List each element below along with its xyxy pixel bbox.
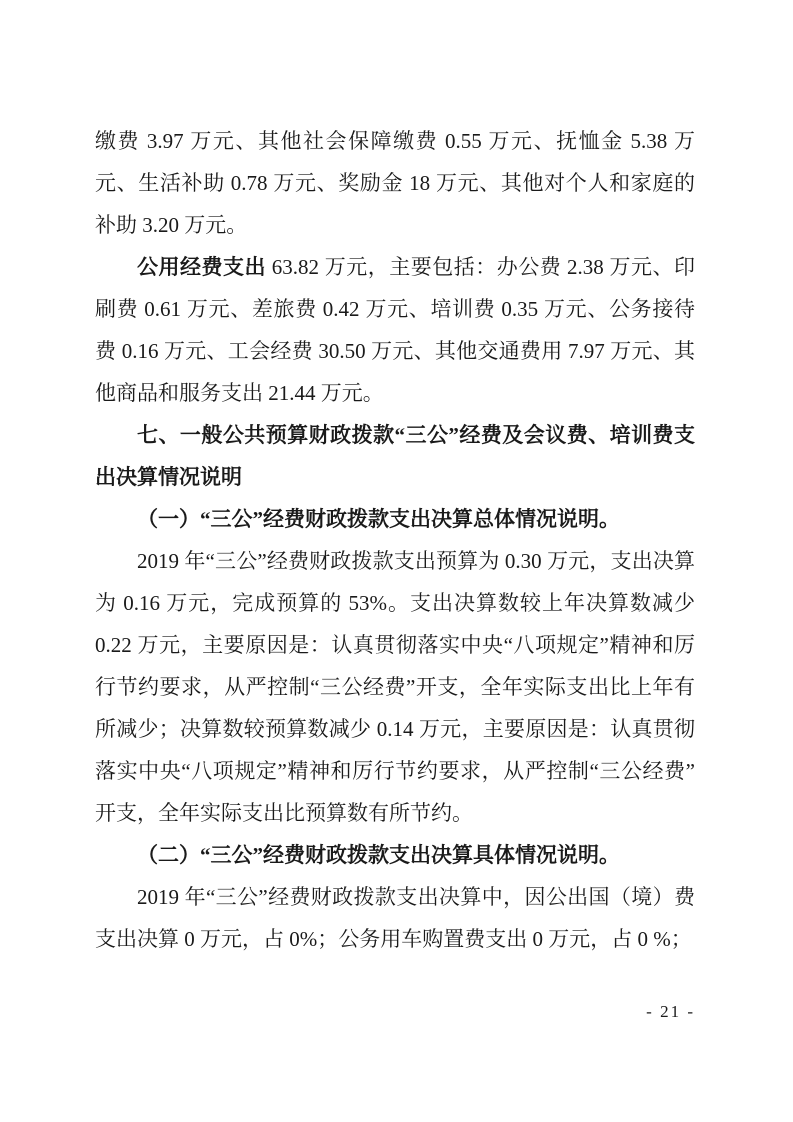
section-7-heading: 七、一般公共预算财政拨款“三公”经费及会议费、培训费支出决算情况说明 xyxy=(95,414,695,498)
public-expense-lead-bold: 公用经费支出 xyxy=(137,255,266,279)
paragraph-three-public-detail: 2019 年“三公”经费财政拨款支出决算中，因公出国（境）费支出决算 0 万元，… xyxy=(95,876,695,960)
subheading-three-public-overall: （一）“三公”经费财政拨款支出决算总体情况说明。 xyxy=(95,498,695,540)
page-content: 缴费 3.97 万元、其他社会保障缴费 0.55 万元、抚恤金 5.38 万元、… xyxy=(95,120,695,960)
page-number: - 21 - xyxy=(646,1002,695,1022)
paragraph-three-public-overall: 2019 年“三公”经费财政拨款支出预算为 0.30 万元，支出决算为 0.16… xyxy=(95,540,695,834)
document-page: 缴费 3.97 万元、其他社会保障缴费 0.55 万元、抚恤金 5.38 万元、… xyxy=(0,0,793,1122)
paragraph-benefits-carryover: 缴费 3.97 万元、其他社会保障缴费 0.55 万元、抚恤金 5.38 万元、… xyxy=(95,120,695,246)
paragraph-public-expense: 公用经费支出 63.82 万元，主要包括：办公费 2.38 万元、印刷费 0.6… xyxy=(95,246,695,414)
subheading-three-public-detail: （二）“三公”经费财政拨款支出决算具体情况说明。 xyxy=(95,834,695,876)
